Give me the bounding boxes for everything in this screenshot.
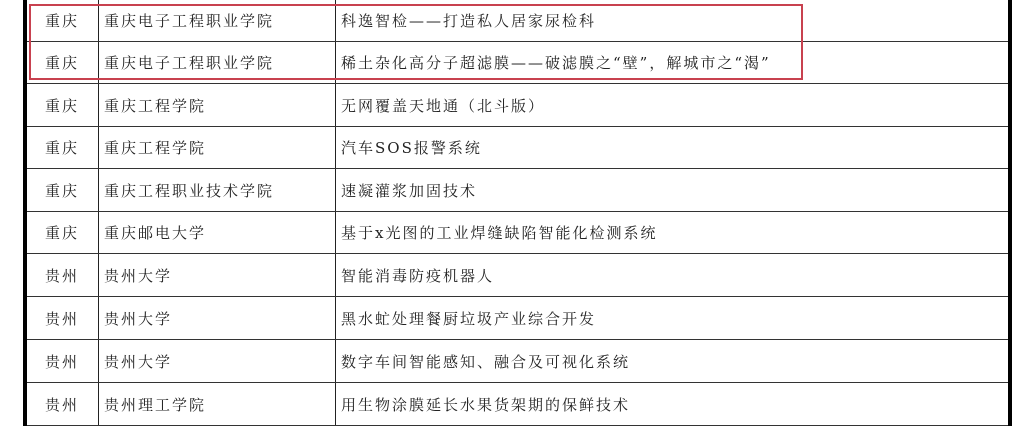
- province-cell: 重庆: [27, 84, 97, 126]
- table-row: 重庆 重庆工程职业技术学院 速凝灌浆加固技术: [27, 169, 1008, 212]
- school-cell: 重庆工程学院: [98, 84, 335, 126]
- province-cell: 贵州: [27, 383, 97, 425]
- project-cell: 智能消毒防疫机器人: [335, 254, 1008, 296]
- school-cell: 重庆邮电大学: [98, 212, 335, 253]
- school-cell: 贵州大学: [98, 340, 335, 382]
- table-row: 重庆 重庆工程学院 无网覆盖天地通（北斗版）: [27, 84, 1008, 127]
- school-cell: 重庆工程学院: [98, 127, 335, 168]
- table-row: 重庆 重庆电子工程职业学院 科逸智检——打造私人居家尿检科: [27, 0, 1008, 42]
- table-right-border: [1008, 0, 1012, 426]
- school-cell: 贵州大学: [98, 297, 335, 339]
- table-row: 贵州 贵州大学 黑水虻处理餐厨垃圾产业综合开发: [27, 297, 1008, 340]
- project-cell: 稀土杂化高分子超滤膜——破滤膜之“壁”，解城市之“渴”: [335, 42, 1008, 83]
- project-cell: 汽车SOS报警系统: [335, 127, 1008, 168]
- project-cell: 用生物涂膜延长水果货架期的保鲜技术: [335, 383, 1008, 425]
- table-row: 重庆 重庆邮电大学 基于x光图的工业焊缝缺陷智能化检测系统: [27, 212, 1008, 254]
- province-cell: 重庆: [27, 212, 97, 253]
- project-cell: 速凝灌浆加固技术: [335, 169, 1008, 211]
- table-row: 贵州 贵州大学 数字车间智能感知、融合及可视化系统: [27, 340, 1008, 383]
- province-cell: 贵州: [27, 340, 97, 382]
- school-cell: 重庆工程职业技术学院: [98, 169, 335, 211]
- table-row: 贵州 贵州理工学院 用生物涂膜延长水果货架期的保鲜技术: [27, 383, 1008, 426]
- school-cell: 重庆电子工程职业学院: [98, 0, 335, 41]
- project-cell: 基于x光图的工业焊缝缺陷智能化检测系统: [335, 212, 1008, 253]
- province-cell: 重庆: [27, 42, 97, 83]
- project-cell: 数字车间智能感知、融合及可视化系统: [335, 340, 1008, 382]
- province-cell: 重庆: [27, 0, 97, 41]
- school-cell: 贵州理工学院: [98, 383, 335, 425]
- school-cell: 重庆电子工程职业学院: [98, 42, 335, 83]
- province-cell: 贵州: [27, 254, 97, 296]
- project-cell: 无网覆盖天地通（北斗版）: [335, 84, 1008, 126]
- table-row: 重庆 重庆电子工程职业学院 稀土杂化高分子超滤膜——破滤膜之“壁”，解城市之“渴…: [27, 42, 1008, 84]
- province-cell: 重庆: [27, 169, 97, 211]
- project-cell: 黑水虻处理餐厨垃圾产业综合开发: [335, 297, 1008, 339]
- school-cell: 贵州大学: [98, 254, 335, 296]
- table-row: 贵州 贵州大学 智能消毒防疫机器人: [27, 254, 1008, 297]
- table-row: 重庆 重庆工程学院 汽车SOS报警系统: [27, 127, 1008, 169]
- project-cell: 科逸智检——打造私人居家尿检科: [335, 0, 1008, 41]
- province-cell: 重庆: [27, 127, 97, 168]
- province-cell: 贵州: [27, 297, 97, 339]
